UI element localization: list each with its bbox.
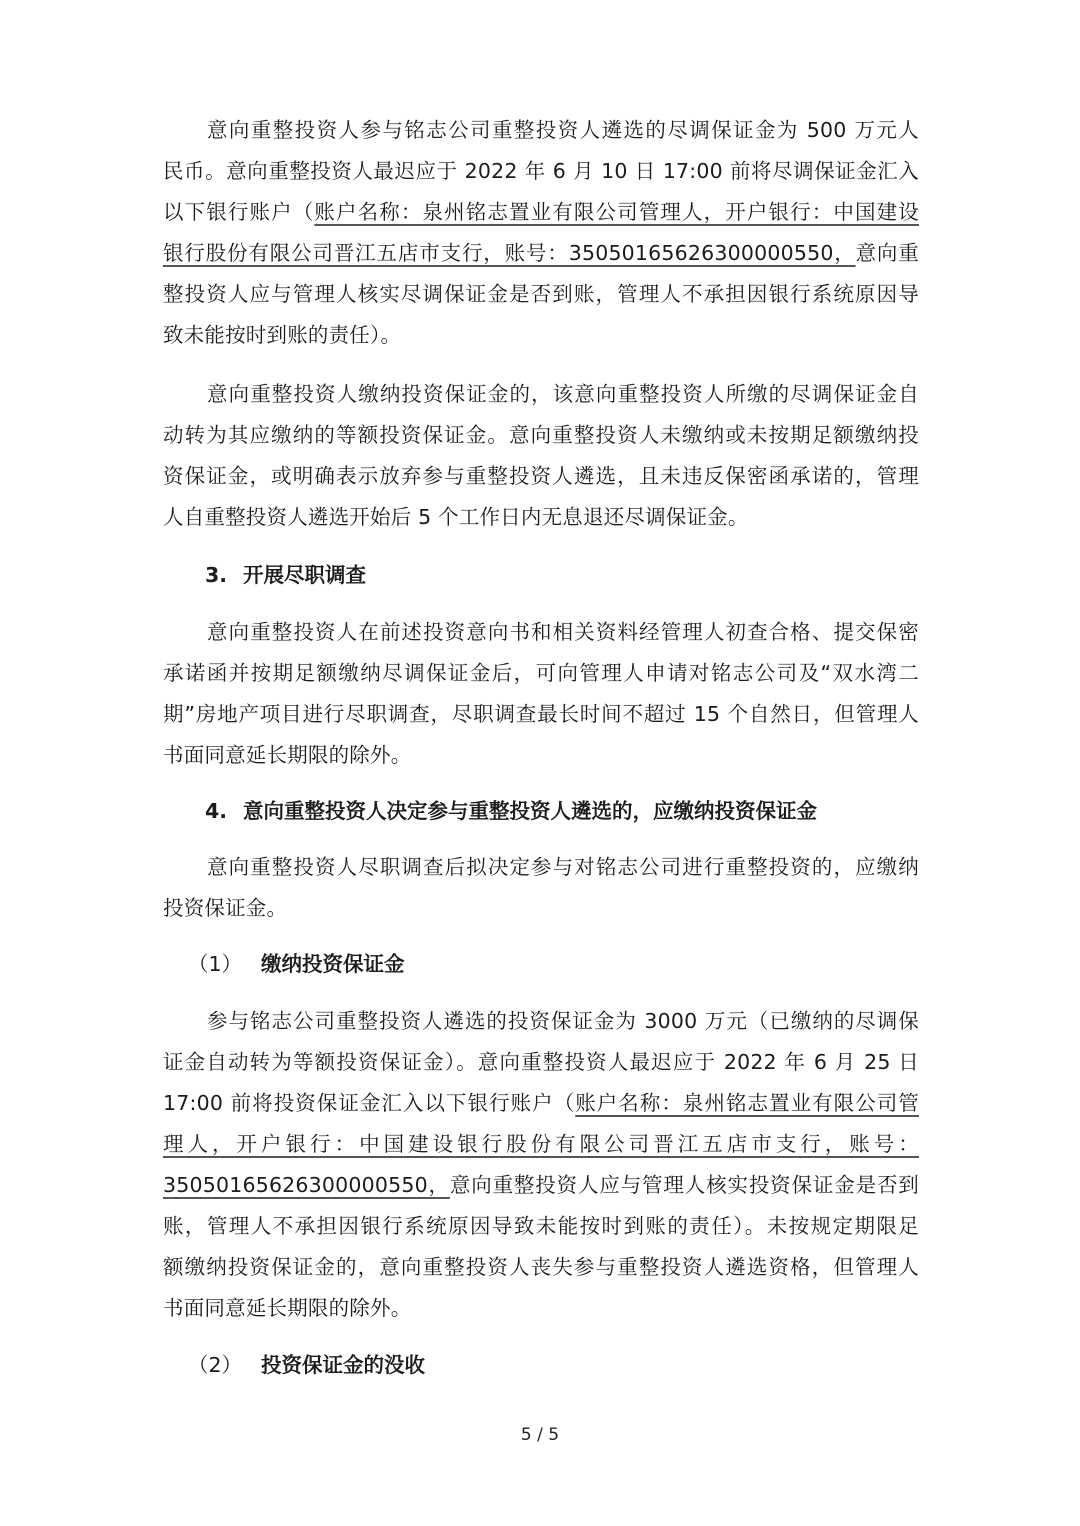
- text-line: 民币。意向重整投资人最迟应于 2022 年 6 月 10 日 17:00 前将尽…: [163, 151, 919, 192]
- text-line: 账，管理人不承担因银行系统原因导致未能按时到账的责任）。未按规定期限足: [163, 1206, 919, 1247]
- section-heading-4: 4.意向重整投资人决定参与重整投资人遴选的，应缴纳投资保证金: [205, 791, 817, 832]
- subsection-heading-1: （1）缴纳投资保证金: [188, 944, 405, 985]
- text-line: 承诺函并按期足额缴纳尽调保证金后，可向管理人申请对铭志公司及“双水湾二: [163, 653, 919, 694]
- text-line: 银行股份有限公司晋江五店市支行，账号：35050165626300000550，…: [163, 233, 919, 274]
- text-line: 动转为其应缴纳的等额投资保证金。意向重整投资人未缴纳或未按期足额缴纳投: [163, 415, 919, 456]
- bank-account-underlined: 理人，开户银行：中国建设银行股份有限公司晋江五店市支行，账号：: [163, 1132, 919, 1156]
- text-line: 意向重整投资人在前述投资意向书和相关资料经管理人初查合格、提交保密: [207, 612, 919, 653]
- section-heading-3: 3.开展尽职调查: [205, 555, 366, 596]
- heading-text: 投资保证金的没收: [261, 1353, 425, 1377]
- bank-account-underlined: 账户名称：泉州铭志置业有限公司管理人，开户银行：中国建设: [314, 200, 919, 224]
- heading-number: 3.: [205, 555, 243, 596]
- text-run: 意向重整投资人应与管理人核实投资保证金是否到: [450, 1173, 919, 1197]
- text-line: 致未能按时到账的责任）。: [163, 315, 919, 356]
- heading-text: 意向重整投资人决定参与重整投资人遴选的，应缴纳投资保证金: [243, 799, 817, 823]
- text-line: 以下银行账户（账户名称：泉州铭志置业有限公司管理人，开户银行：中国建设: [163, 192, 919, 233]
- heading-number: 4.: [205, 791, 243, 832]
- text-run: 17:00 前将投资保证金汇入以下银行账户（: [163, 1091, 575, 1115]
- text-run: 以下银行账户（: [163, 200, 314, 224]
- heading-number: （2）: [188, 1345, 261, 1386]
- text-line: 期”房地产项目进行尽职调查，尽职调查最长时间不超过 15 个自然日，但管理人: [163, 694, 919, 735]
- text-line: 证金自动转为等额投资保证金）。意向重整投资人最迟应于 2022 年 6 月 25…: [163, 1042, 919, 1083]
- text-line: 17:00 前将投资保证金汇入以下银行账户（账户名称：泉州铭志置业有限公司管: [163, 1083, 919, 1124]
- text-line: 参与铭志公司重整投资人遴选的投资保证金为 3000 万元（已缴纳的尽调保: [207, 1001, 919, 1042]
- subsection-heading-2: （2）投资保证金的没收: [188, 1345, 425, 1386]
- text-run: 意向重: [856, 241, 919, 265]
- page-number: 5 / 5: [0, 1420, 1080, 1450]
- text-line: 35050165626300000550，意向重整投资人应与管理人核实投资保证金…: [163, 1165, 919, 1206]
- text-line: 书面同意延长期限的除外。: [163, 1288, 919, 1329]
- text-line: 投资保证金。: [163, 888, 919, 929]
- document-page: 意向重整投资人参与铭志公司重整投资人遴选的尽调保证金为 500 万元人 民币。意…: [0, 0, 1080, 1526]
- text-line: 资保证金，或明确表示放弃参与重整投资人遴选，且未违反保密函承诺的，管理: [163, 456, 919, 497]
- text-line: 意向重整投资人参与铭志公司重整投资人遴选的尽调保证金为 500 万元人: [207, 110, 919, 151]
- text-line: 意向重整投资人尽职调查后拟决定参与对铭志公司进行重整投资的，应缴纳: [207, 847, 919, 888]
- text-line: 额缴纳投资保证金的，意向重整投资人丧失参与重整投资人遴选资格，但管理人: [163, 1247, 919, 1288]
- heading-text: 开展尽职调查: [243, 563, 366, 587]
- text-line: 意向重整投资人缴纳投资保证金的，该意向重整投资人所缴的尽调保证金自: [207, 374, 919, 415]
- text-line: 理人，开户银行：中国建设银行股份有限公司晋江五店市支行，账号：: [163, 1124, 919, 1165]
- heading-number: （1）: [188, 944, 261, 985]
- bank-account-underlined: 账户名称：泉州铭志置业有限公司管: [575, 1091, 919, 1115]
- bank-account-underlined: 银行股份有限公司晋江五店市支行，账号：35050165626300000550，: [163, 241, 856, 265]
- text-line: 书面同意延长期限的除外。: [163, 735, 919, 776]
- text-line: 人自重整投资人遴选开始后 5 个工作日内无息退还尽调保证金。: [163, 497, 919, 538]
- text-line: 整投资人应与管理人核实尽调保证金是否到账，管理人不承担因银行系统原因导: [163, 274, 919, 315]
- heading-text: 缴纳投资保证金: [261, 952, 405, 976]
- bank-account-underlined: 35050165626300000550，: [163, 1173, 450, 1197]
